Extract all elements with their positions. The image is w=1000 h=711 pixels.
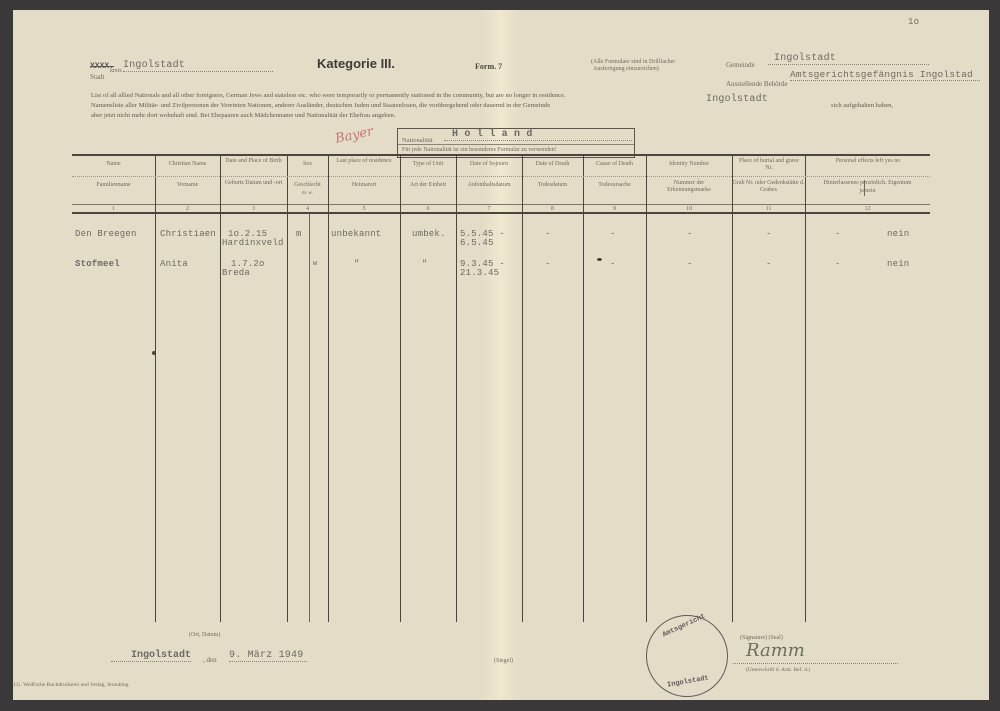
col-header-2-de: Vorname [155, 182, 220, 189]
ink-spot [597, 258, 602, 261]
col-header-4-sub: m. w. [287, 190, 328, 197]
nationality-note: Für jede Nationalität ist ein besonderes… [402, 147, 557, 154]
row2-burial: - [766, 259, 772, 269]
row1-burial: - [766, 229, 772, 239]
row1-effects-ja: - [835, 229, 841, 239]
row2-effects-ja: - [835, 259, 841, 269]
signature-sub-label: (Unterschrift d. Amt. Bef. d.) [746, 667, 810, 674]
row2-name: Stofmeel [75, 259, 120, 269]
row2-residence: " [354, 259, 360, 269]
intro-line-2-end: sich aufgehalten haben, [831, 102, 893, 110]
col-divider [583, 155, 584, 622]
col-header-3-num: 3 [220, 206, 287, 213]
col-header-11-num: 11 [732, 206, 805, 213]
col-header-6-en: Type of Unit [400, 161, 456, 168]
col-header-5-num: 5 [328, 206, 400, 213]
behoerde-value: Amtsgerichtsgefängnis Ingolstad [790, 69, 980, 81]
city-label-kreis: kreis [110, 68, 122, 75]
stamp-top-text: Amtsgericht [661, 613, 706, 640]
seal-label: (Siegel) [494, 658, 513, 665]
row1-birth-place: Hardinxveld [222, 238, 284, 248]
col-header-12-sub: ja nein [805, 188, 930, 195]
gemeinde-value: Ingolstadt [768, 53, 929, 65]
col-divider [732, 155, 733, 622]
col-header-4-en: Sex [287, 161, 328, 168]
row2-identity: - [687, 259, 693, 269]
intro-community-value: Ingolstadt [706, 94, 768, 105]
place-value: Ingolstadt [111, 650, 191, 662]
nationality-value: H o l l a n d [444, 129, 632, 141]
col-header-10-num: 10 [646, 206, 732, 213]
red-annotation: Bayer [334, 124, 375, 147]
col-divider [155, 155, 156, 622]
gemeinde-label: Gemeinde [726, 62, 755, 69]
row2-death-cause: - [610, 259, 616, 269]
behoerde-label: Ausstellende Behörde [726, 81, 788, 88]
row1-effects-nein: nein [887, 229, 909, 239]
col-header-3-de: Geburts Datum und -ort [220, 180, 287, 187]
row1-death-cause: - [610, 229, 616, 239]
row1-name: Den Breegen [75, 229, 137, 239]
col-sub-divider [309, 214, 310, 622]
col-header-12-de: Hinterlassenes persönlich. Eigentum [805, 180, 930, 187]
ink-spot [152, 351, 156, 355]
col-header-5-de: Heimatort [328, 182, 400, 189]
row1-unit: umbek. [412, 229, 446, 239]
nationality-label: Nationalität [402, 137, 433, 144]
col-header-6-de: Art der Einheit [400, 182, 456, 189]
col-header-4-num: 4 [287, 206, 328, 213]
document-page: 1o XXXX. kreis Stadt Ingolstadt Kategori… [13, 10, 989, 700]
row2-sex-w: w [313, 260, 317, 268]
col-header-7-de: Aufenthaltsdatum [456, 182, 522, 189]
col-divider [646, 155, 647, 622]
col-header-5-en: Last place of residence [328, 158, 400, 165]
row2-birth-place: Breda [222, 268, 250, 278]
page-number: 1o [908, 17, 919, 27]
col-divider [400, 155, 401, 622]
col-header-10-de: Nummer der Erkennungsmarke [653, 180, 725, 194]
row2-effects-nein: nein [887, 259, 909, 269]
signature: Ramm [746, 640, 805, 661]
col-divider [456, 155, 457, 622]
row1-identity: - [687, 229, 693, 239]
col-header-12-en: Personal effects left yes no [813, 158, 923, 165]
printer-imprint: J.G. Weiß'sche Buchdruckerei und Verlag,… [13, 682, 129, 689]
col-divider [522, 155, 523, 622]
col-divider [220, 155, 221, 622]
col-header-9-num: 9 [583, 206, 646, 213]
col-header-1-num: 1 [72, 206, 155, 213]
col-divider [805, 155, 806, 622]
col-header-9-en: Cause of Death [583, 161, 646, 168]
col-header-9-de: Todesursache [583, 182, 646, 189]
city-label-stadt: Stadt [90, 74, 104, 81]
row1-death-date: - [545, 229, 551, 239]
row2-sojourn-to: 21.3.45 [460, 268, 499, 278]
col-header-1-en: Name [72, 161, 155, 168]
form-note-1: (Alle Formulare sind in Drillfacher [591, 59, 675, 66]
date-separator: , den [203, 657, 217, 664]
col-header-8-en: Date of Death [522, 161, 583, 168]
col-header-11-de: Grab Nr. oder Gedenkstätte d. Grabes [732, 180, 805, 194]
place-date-label: (Ort, Datum) [189, 632, 220, 639]
form-number: Form. 7 [475, 62, 502, 71]
col-header-6-num: 6 [400, 206, 456, 213]
col-header-1-de: Familienname [72, 182, 155, 189]
form-title: Kategorie III. [317, 56, 395, 71]
intro-line-3: aber jetzt nicht mehr dort wohnhaft sind… [91, 112, 395, 120]
stamp-bottom-text: Ingolstadt [667, 674, 710, 689]
col-header-12-num: 12 [805, 206, 930, 213]
row1-residence: unbekannt [331, 229, 381, 239]
col-header-7-en: Date of Sojourn [456, 161, 522, 168]
col-divider [287, 155, 288, 622]
col-header-8-num: 8 [522, 206, 583, 213]
col-divider [328, 155, 329, 622]
intro-line-1: List of all allied Nationals and all oth… [91, 92, 921, 100]
col-header-10-en: Identity Number [646, 161, 732, 168]
form-note-2: Ausfertigung einzureichen) [593, 66, 659, 73]
col-header-2-en: Christian Name [155, 161, 220, 168]
row2-unit: " [422, 259, 428, 269]
table-top-border [72, 154, 930, 156]
col-header-3-en: Date and Place of Birth [220, 158, 287, 165]
col-header-7-num: 7 [456, 206, 522, 213]
col-header-11-en: Place of burial and grave Nr. [737, 158, 801, 172]
city-value: Ingolstadt [123, 60, 273, 72]
intro-line-2: Namensliste aller Militär- und Zivilpers… [91, 102, 550, 110]
col-header-4-de: Geschlecht [287, 182, 328, 189]
row2-christian-name: Anita [160, 259, 188, 269]
official-stamp: Amtsgericht Ingolstadt [646, 615, 728, 697]
table-num-row-top [72, 204, 930, 205]
row2-death-date: - [545, 259, 551, 269]
date-value: 9. März 1949 [229, 650, 307, 662]
row1-sex-m: m [296, 229, 302, 239]
row1-sojourn-to: 6.5.45 [460, 238, 494, 248]
row1-christian-name: Christiaen [160, 229, 216, 239]
col-header-8-de: Todesdatum [522, 182, 583, 189]
col-header-2-num: 2 [155, 206, 220, 213]
